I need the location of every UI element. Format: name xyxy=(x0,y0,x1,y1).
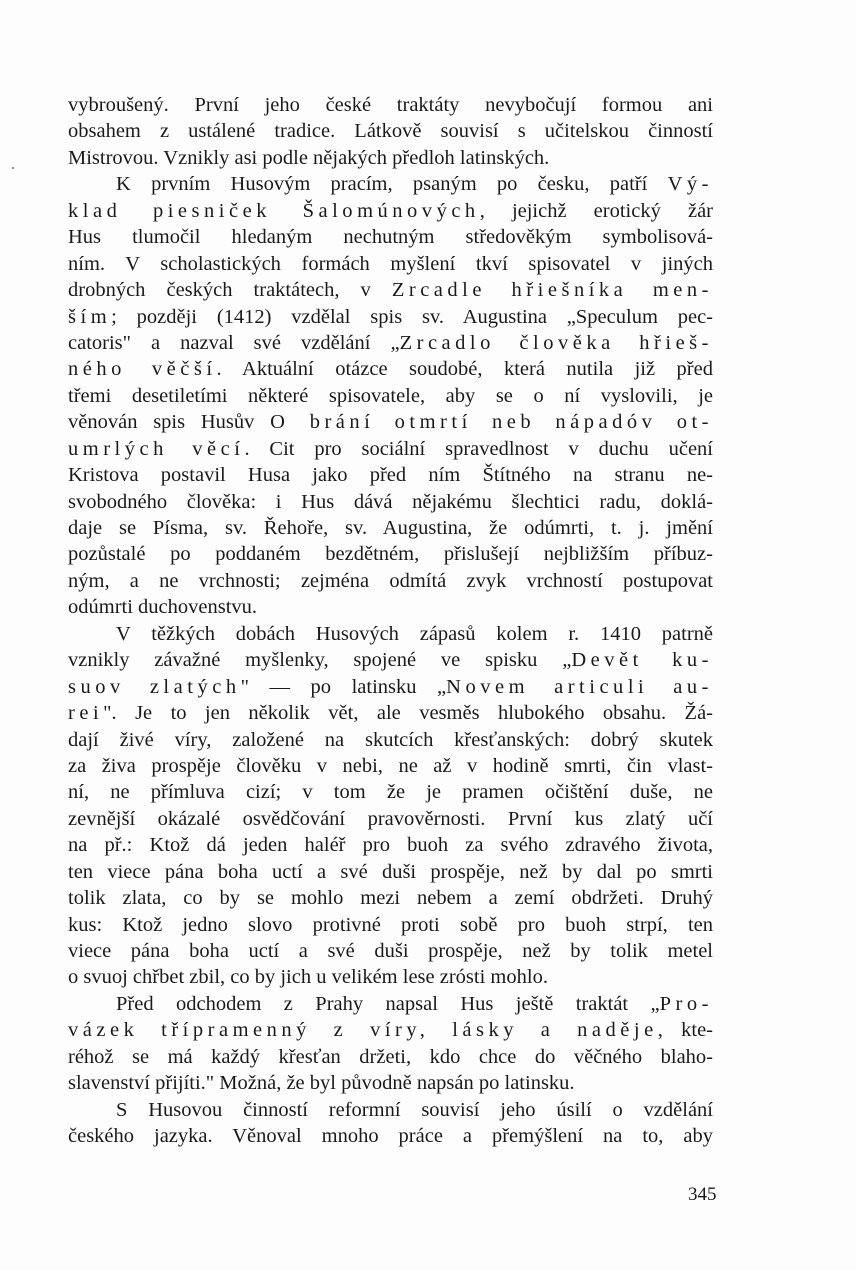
text-line: viece pána boha uctí a své duši prospěje… xyxy=(68,938,713,964)
scan-speck xyxy=(12,167,14,169)
text-span: , jejichž erotický žár xyxy=(480,200,713,222)
text-span: věnován spis Husův xyxy=(68,411,270,433)
page-number: 345 xyxy=(688,1184,717,1206)
text-span: vznikly závažné myšlenky, spojené ve spi… xyxy=(68,649,571,671)
text-span: drobných českých traktátech, v xyxy=(68,279,392,301)
text-line: réhož se má každý křesťan držeti, kdo ch… xyxy=(68,1044,713,1070)
paragraph-start-line: V těžkých dobách Husových zápasů kolem r… xyxy=(68,621,713,647)
text-line: daje se Písma, sv. Řehoře, sv. Augustina… xyxy=(68,515,713,541)
text-line: rei". Je to jen několik vět, ale vesměs … xyxy=(68,700,713,726)
text-line: ným, a ne vrchnosti; zejména odmítá zvyk… xyxy=(68,568,713,594)
spaced-title: klad piesniček Šalomúnových xyxy=(68,200,480,222)
spaced-title: ším xyxy=(68,306,111,328)
text-span: , kte- xyxy=(658,1019,713,1041)
paragraph-start-line: Před odchodem z Prahy napsal Hus ještě t… xyxy=(68,991,713,1017)
book-page: vybroušený. První jeho české traktáty ne… xyxy=(0,0,856,1270)
text-span: catoris" a nazval své vzdělání „ xyxy=(68,332,400,354)
spaced-title: O brání otmrtí neb nápadóv ot- xyxy=(270,411,713,433)
paragraph-start-line: K prvním Husovým pracím, psaným po česku… xyxy=(68,171,713,197)
text-span: ". Je to jen několik vět, ale vesměs hlu… xyxy=(103,702,713,724)
text-span: K prvním Husovým pracím, psaným po česku… xyxy=(116,173,668,195)
text-line: Hus tlumočil hledaným nechutným středově… xyxy=(68,224,713,250)
spaced-title: Pro- xyxy=(660,993,713,1015)
text-line: slavenství přijíti." Možná, že byl původ… xyxy=(68,1070,713,1096)
text-span: . Aktuální otázce soudobé, která nutila … xyxy=(217,358,713,380)
spaced-title: Novem articuli au- xyxy=(446,676,713,698)
spaced-title: Vý- xyxy=(668,173,713,195)
text-line: ním. V scholastických formách myšlení tk… xyxy=(68,251,713,277)
text-line: o svuoj chřbet zbil, co by jich u veliké… xyxy=(68,964,713,990)
text-line: dají živé víry, založené na skutcích kře… xyxy=(68,727,713,753)
text-line: suov zlatých" — po latinsku „Novem artic… xyxy=(68,674,713,700)
text-line: svobodného člověka: i Hus dává nějakému … xyxy=(68,489,713,515)
text-line: Kristova postavil Husa jako před ním Ští… xyxy=(68,462,713,488)
text-line: obsahem z ustálené tradice. Látkově souv… xyxy=(68,118,713,144)
text-span: . Cit pro sociální spravedlnost v duchu … xyxy=(244,438,713,460)
text-line: za živa prospěje člověku v nebi, ne až v… xyxy=(68,753,713,779)
spaced-title: Zrcadlo člověka hřieš- xyxy=(400,332,713,354)
text-line: Mistrovou. Vznikly asi podle nějakých př… xyxy=(68,145,713,171)
text-line: ším; později (1412) vzdělal spis sv. Aug… xyxy=(68,304,713,330)
text-line: ného věčší. Aktuální otázce soudobé, kte… xyxy=(68,356,713,382)
spaced-title: ného věčší xyxy=(68,358,217,380)
text-line: vznikly závažné myšlenky, spojené ve spi… xyxy=(68,647,713,673)
text-line: třemi desetiletími některé spisovatele, … xyxy=(68,383,713,409)
text-line: ten viece pána boha uctí a své duši pros… xyxy=(68,859,713,885)
spaced-title: umrlých věcí xyxy=(68,438,244,460)
text-line: ní, ne přímluva cizí; v tom že je pramen… xyxy=(68,779,713,805)
text-line: drobných českých traktátech, v Zrcadle h… xyxy=(68,277,713,303)
text-span: " — po latinsku „ xyxy=(241,676,447,698)
text-line: umrlých věcí. Cit pro sociální spravedln… xyxy=(68,436,713,462)
paragraph-start-line: S Husovou činností reformní souvisí jeho… xyxy=(68,1097,713,1123)
text-line: catoris" a nazval své vzdělání „Zrcadlo … xyxy=(68,330,713,356)
text-line: vázek třípramenný z víry, lásky a naděje… xyxy=(68,1017,713,1043)
spaced-title: vázek třípramenný z víry, lásky a naděje xyxy=(68,1019,658,1041)
text-line: kus: Ktož jedno slovo protivné proti sob… xyxy=(68,912,713,938)
text-line: odúmrti duchovenstvu. xyxy=(68,594,713,620)
text-line: věnován spis Husův O brání otmrtí neb ná… xyxy=(68,409,713,435)
body-text: vybroušený. První jeho české traktáty ne… xyxy=(68,92,713,1150)
text-line: českého jazyka. Věnoval mnoho práce a př… xyxy=(68,1123,713,1149)
text-line: pozůstalé po poddaném bezdětném, přisluš… xyxy=(68,541,713,567)
text-line: tolik zlata, co by se mohlo mezi nebem a… xyxy=(68,885,713,911)
text-line: na př.: Ktož dá jeden haléř pro buoh za … xyxy=(68,832,713,858)
text-span: Před odchodem z Prahy napsal Hus ještě t… xyxy=(116,993,660,1015)
text-line: vybroušený. První jeho české traktáty ne… xyxy=(68,92,713,118)
spaced-title: rei xyxy=(68,702,103,724)
spaced-title: Zrcadle hřiešníka men- xyxy=(392,279,713,301)
spaced-title: suov zlatých xyxy=(68,676,241,698)
spaced-title: Devět ku- xyxy=(571,649,713,671)
text-line: zevnější okázalé osvědčování pravověrnos… xyxy=(68,806,713,832)
text-line: klad piesniček Šalomúnových, jejichž ero… xyxy=(68,198,713,224)
text-span: ; později (1412) vzdělal spis sv. August… xyxy=(111,306,713,328)
